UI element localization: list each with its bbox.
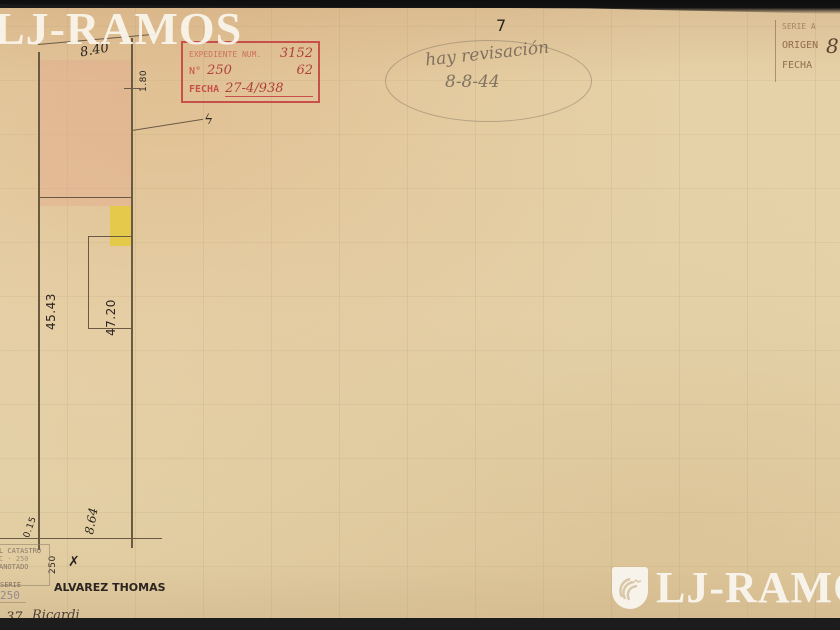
corner-origin-stamp: SERIE A ORIGEN 8 FECHA xyxy=(775,20,840,82)
measurement-left-side: 45.43 xyxy=(44,293,58,330)
page-number: 7 xyxy=(496,16,507,35)
street-name: ALVAREZ THOMAS xyxy=(54,581,166,594)
plot-inner-top-line xyxy=(88,236,132,237)
plot-bottom-line xyxy=(0,538,162,539)
break-mark: ϟ xyxy=(204,112,213,128)
corner-stamp-origin-value: 8 xyxy=(826,34,839,58)
measurement-corner: 0.15 xyxy=(22,515,39,539)
plot-left-line xyxy=(38,52,40,550)
measurement-bottom-front: 8.64 xyxy=(82,507,100,536)
crossed-mark: ✗ xyxy=(68,554,80,570)
watermark-bottom: LJ-RAMOS xyxy=(612,566,840,610)
stamp-value-expediente: 3152 xyxy=(280,46,313,61)
catastro-title: L CATASTRO xyxy=(0,547,47,555)
corner-stamp-row1: SERIE A xyxy=(782,22,816,31)
shield-logo-icon xyxy=(612,567,648,609)
catastro-line3: ANOTADO xyxy=(0,563,47,571)
stamp-value-number: 250 xyxy=(207,63,232,78)
catastro-number: 250 xyxy=(0,589,26,603)
stamp-label-number: N° xyxy=(189,66,201,77)
stamp-value-extra: 62 xyxy=(296,63,313,78)
catastro-stamp: L CATASTRO C · 250 ANOTADO xyxy=(0,544,50,586)
catastro-line2: C · 250 xyxy=(0,555,47,563)
corner-stamp-date-label: FECHA xyxy=(782,60,812,71)
tick-mark xyxy=(124,88,140,89)
watermark-top: LJ-RAMOS xyxy=(0,6,242,52)
lot-yellow-patch xyxy=(110,206,132,246)
stamp-label-date: FECHA xyxy=(189,84,219,95)
lot-pink-area xyxy=(40,60,132,206)
scanned-document: ϟ 8.40 1.80 45.43 47.20 8.64 0.15 250 ✗ … xyxy=(0,8,840,620)
scan-bottom-edge xyxy=(0,618,840,630)
pencil-note-line2: 8-8-44 xyxy=(445,72,500,92)
catastro-serie-label: SERIE xyxy=(0,581,21,589)
plot-cross-line xyxy=(38,197,132,198)
neighbor-boundary-line xyxy=(132,119,203,131)
plot-inner-left-line xyxy=(88,236,89,328)
stamp-value-date: 27-4/938 xyxy=(225,81,283,96)
measurement-inner-depth: 47.20 xyxy=(104,299,118,336)
corner-stamp-origin-label: ORIGEN xyxy=(782,40,818,51)
plot-right-line xyxy=(131,38,133,548)
watermark-bottom-label: LJ-RAMOS xyxy=(656,566,840,610)
measurement-right-upper: 1.80 xyxy=(139,70,149,92)
